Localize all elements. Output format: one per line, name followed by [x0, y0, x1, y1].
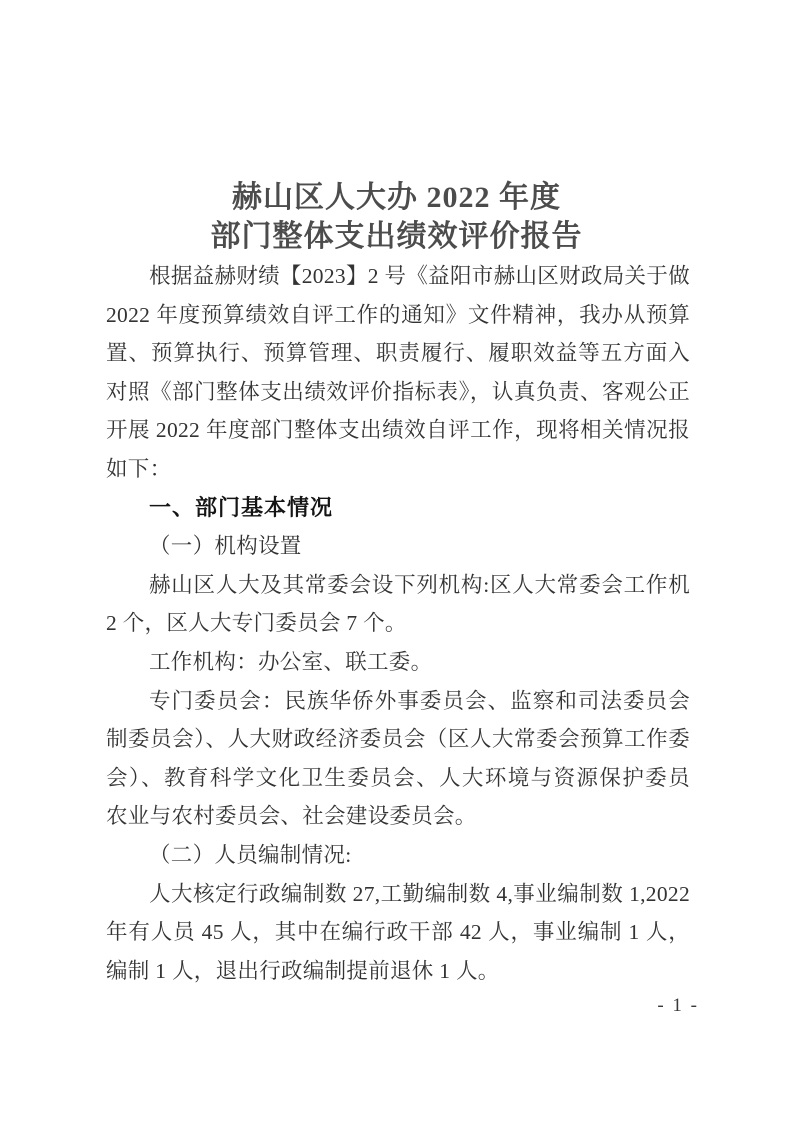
text-line: （二）人员编制情况:	[106, 836, 690, 875]
document-title-line-2: 部门整体支出绩效评价报告	[0, 217, 793, 256]
text-line: 赫山区人大及其常委会设下列机构:区人大常委会工作机构	[106, 566, 690, 605]
text-line: 置、预算执行、预算管理、职责履行、履职效益等五方面入手，	[106, 334, 690, 373]
text-line: 开展 2022 年度部门整体支出绩效自评工作，现将相关情况报告	[106, 411, 690, 450]
text-line: 人大核定行政编制数 27,工勤编制数 4,事业编制数 1,2022	[106, 875, 690, 914]
text-line: 如下：	[106, 450, 690, 489]
document-title: 赫山区人大办 2022 年度 部门整体支出绩效评价报告	[0, 178, 793, 256]
text-line: 2 个，区人大专门委员会 7 个。	[106, 604, 690, 643]
text-line: 会）、教育科学文化卫生委员会、人大环境与资源保护委员会、	[106, 759, 690, 798]
text-line: 编制 1 人，退出行政编制提前退休 1 人。	[106, 952, 690, 991]
text-line: 工作机构：办公室、联工委。	[106, 643, 690, 682]
text-line: 制委员会）、人大财政经济委员会（区人大常委会预算工作委员	[106, 720, 690, 759]
document-page: 赫山区人大办 2022 年度 部门整体支出绩效评价报告 根据益赫财绩【2023】…	[0, 0, 793, 1122]
text-line: 根据益赫财绩【2023】2 号《益阳市赫山区财政局关于做好	[106, 257, 690, 296]
text-line: 年有人员 45 人，其中在编行政干部 42 人，事业编制 1 人，工勤	[106, 913, 690, 952]
text-line: 专门委员会：民族华侨外事委员会、监察和司法委员会（法	[106, 682, 690, 721]
text-line: （一）机构设置	[106, 527, 690, 566]
section-heading: 一、部门基本情况	[106, 489, 690, 528]
text-line: 2022 年度预算绩效自评工作的通知》文件精神，我办从预算配	[106, 296, 690, 335]
text-line: 农业与农村委员会、社会建设委员会。	[106, 797, 690, 836]
document-title-line-1: 赫山区人大办 2022 年度	[0, 178, 793, 217]
page-number: - 1 -	[657, 993, 699, 1019]
document-body: 根据益赫财绩【2023】2 号《益阳市赫山区财政局关于做好2022 年度预算绩效…	[106, 257, 690, 990]
text-line: 对照《部门整体支出绩效评价指标表》，认真负责、客观公正地	[106, 373, 690, 412]
